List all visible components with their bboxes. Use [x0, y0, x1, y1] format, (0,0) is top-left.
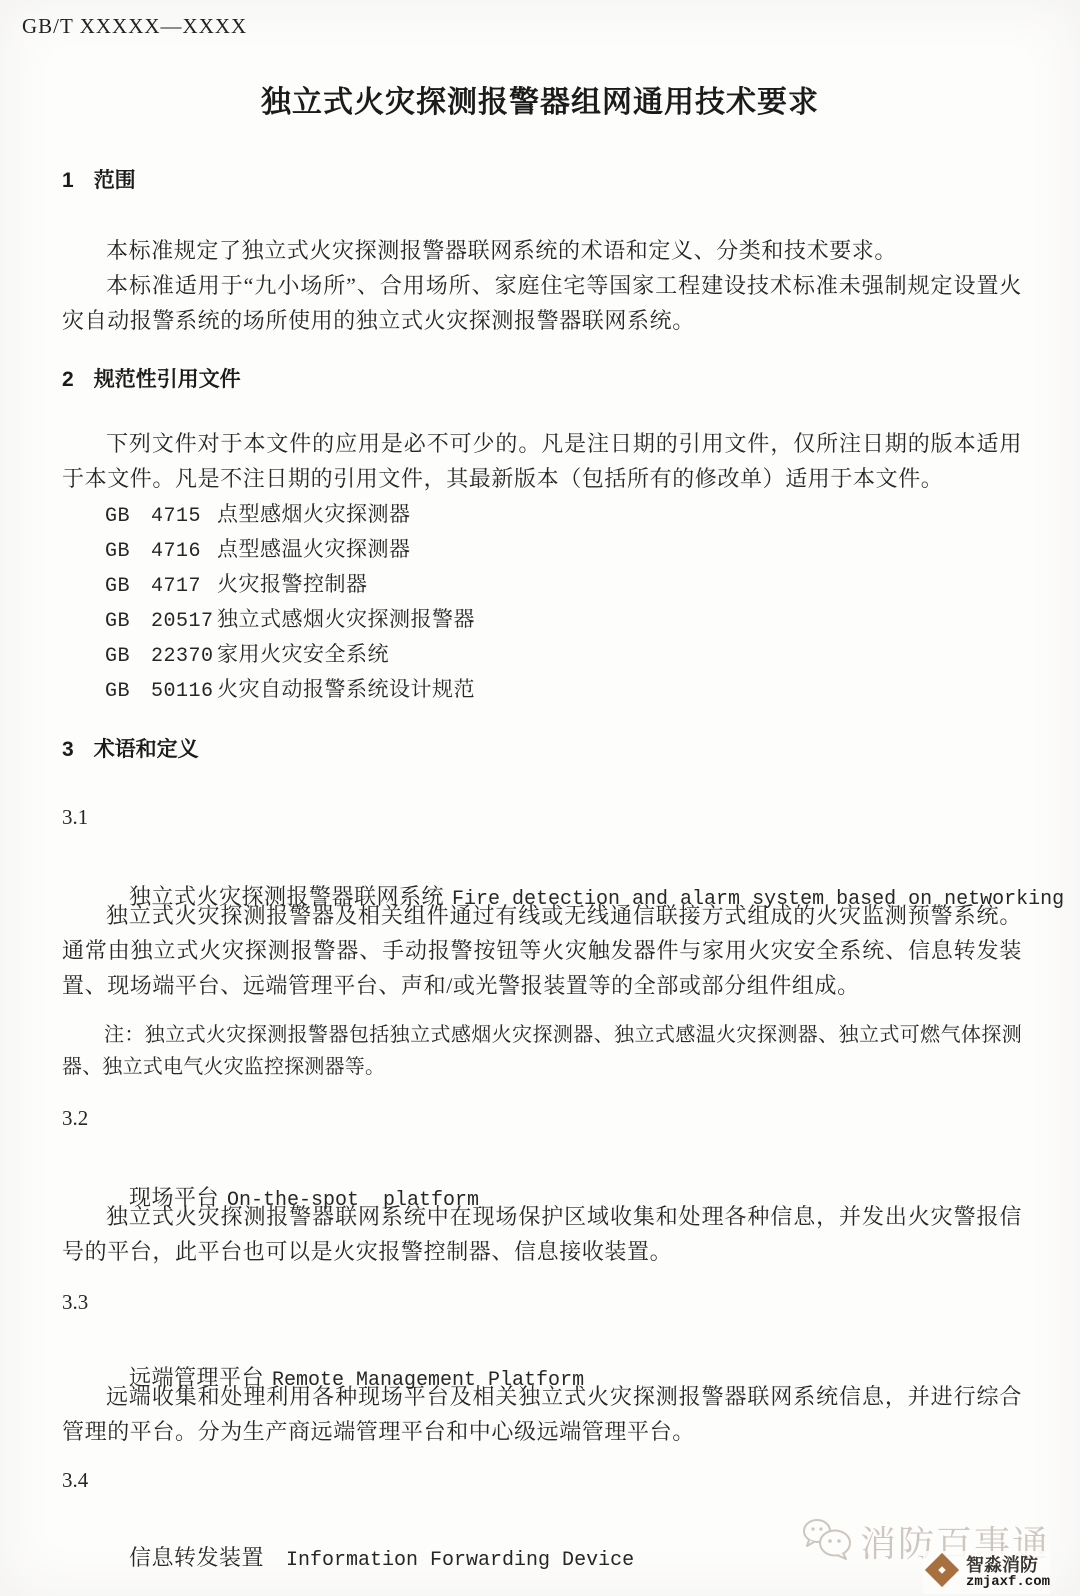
reference-org: GB	[105, 500, 151, 533]
zmjaxf-logo: 智淼消防 zmjaxf.com	[923, 1551, 1050, 1594]
reference-item: GB22370家用火灾安全系统	[105, 638, 1080, 673]
reference-number: 50116	[151, 675, 217, 708]
reference-org: GB	[105, 605, 151, 638]
reference-org: GB	[105, 675, 151, 708]
reference-number: 4716	[151, 535, 217, 568]
reference-item: GB50116火灾自动报警系统设计规范	[105, 673, 1080, 708]
doc-title: 独立式火灾探测报警器组网通用技术要求	[0, 77, 1080, 121]
reference-item: GB20517独立式感烟火灾探测报警器	[105, 603, 1080, 638]
reference-name: 独立式感烟火灾探测报警器	[217, 607, 475, 631]
reference-name: 火灾自动报警系统设计规范	[217, 677, 475, 701]
section-title: 规范性引用文件	[94, 368, 241, 391]
section-number: 3	[62, 736, 74, 764]
section-2-heading: 2规范性引用文件	[62, 366, 1080, 394]
term-definition: 独立式火灾探测报警器联网系统中在现场保护区域收集和处理各种信息，并发出火灾警报信…	[62, 1199, 1022, 1269]
reference-number: 22370	[151, 640, 217, 673]
clause-number: 3.1	[62, 804, 1080, 830]
paragraph: 本标准规定了独立式火灾探测报警器联网系统的术语和定义、分类和技术要求。	[62, 233, 1022, 268]
paragraph: 本标准适用于“九小场所”、合用场所、家庭住宅等国家工程建设技术标准未强制规定设置…	[62, 268, 1022, 338]
zmjaxf-text: 智淼消防 zmjaxf.com	[966, 1555, 1050, 1590]
reference-org: GB	[105, 535, 151, 568]
paragraph: 下列文件对于本文件的应用是必不可少的。凡是注日期的引用文件，仅所注日期的版本适用…	[62, 426, 1022, 496]
reference-name: 火灾报警控制器	[217, 572, 368, 596]
diamond-logo-icon	[923, 1551, 961, 1594]
section-1-heading: 1范围	[62, 167, 1080, 195]
section-3-heading: 3术语和定义	[62, 736, 1080, 764]
term-line: 远端管理平台Remote Management Platform	[105, 1333, 1080, 1363]
reference-name: 家用火灾安全系统	[217, 642, 389, 666]
reference-org: GB	[105, 570, 151, 603]
section-title: 范围	[94, 169, 136, 192]
note: 注：独立式火灾探测报警器包括独立式感烟火灾探测器、独立式感温火灾探测器、独立式可…	[62, 1019, 1022, 1083]
term-line: 现场平台On-the-spot platform	[105, 1153, 1080, 1183]
term-definition: 独立式火灾探测报警器及相关组件通过有线或无线通信联接方式组成的火灾监测预警系统。…	[62, 898, 1022, 1003]
reference-item: GB4717火灾报警控制器	[105, 568, 1080, 603]
document-page: GB/T XXXXX—XXXX 独立式火灾探测报警器组网通用技术要求 1范围 本…	[0, 0, 1080, 1596]
reference-item: GB4715点型感烟火灾探测器	[105, 498, 1080, 533]
clause-number: 3.3	[62, 1289, 1080, 1315]
term-definition: 远端收集和处理利用各种现场平台及相关独立式火灾探测报警器联网系统信息，并进行综合…	[62, 1379, 1022, 1449]
reference-name: 点型感温火灾探测器	[217, 537, 411, 561]
reference-item: GB4716点型感温火灾探测器	[105, 533, 1080, 568]
reference-org: GB	[105, 640, 151, 673]
reference-number: 4717	[151, 570, 217, 603]
section-number: 1	[62, 167, 74, 195]
term-line: 独立式火灾探测报警器联网系统Fire detection and alarm s…	[105, 852, 1080, 882]
clause-number: 3.2	[62, 1105, 1080, 1131]
zmjaxf-url: zmjaxf.com	[966, 1575, 1050, 1590]
zmjaxf-name: 智淼消防	[966, 1555, 1050, 1575]
section-number: 2	[62, 366, 74, 394]
doc-code: GB/T XXXXX—XXXX	[0, 0, 1080, 39]
reference-number: 20517	[151, 605, 217, 638]
wechat-bubbles-icon	[802, 1517, 854, 1566]
reference-name: 点型感烟火灾探测器	[217, 502, 411, 526]
term-english: Information Forwarding Device	[286, 1549, 634, 1572]
section-title: 术语和定义	[94, 738, 199, 761]
normative-references-list: GB4715点型感烟火灾探测器 GB4716点型感温火灾探测器 GB4717火灾…	[105, 498, 1080, 708]
reference-number: 4715	[151, 500, 217, 533]
term-chinese: 信息转发装置	[129, 1545, 264, 1570]
clause-number: 3.4	[62, 1467, 1080, 1493]
